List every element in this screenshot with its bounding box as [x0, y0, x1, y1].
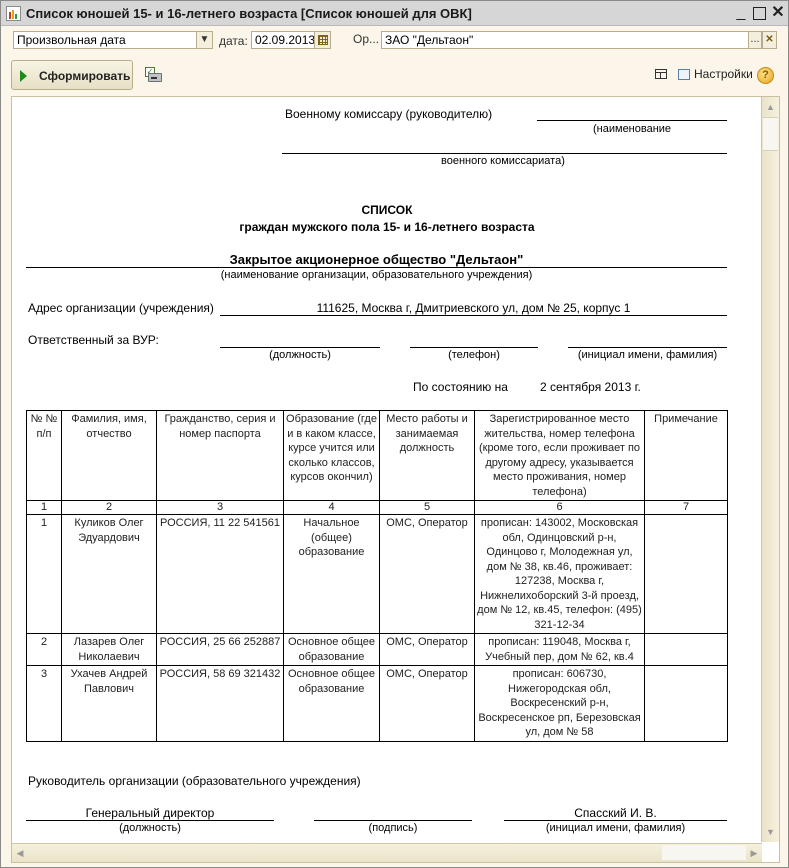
table-row[interactable]: 1 Куликов Олег Эдуардович РОССИЯ, 11 22 …: [27, 515, 728, 634]
vertical-scrollbar[interactable]: ▲ ▼: [761, 97, 779, 842]
col-number: 2: [62, 501, 157, 515]
col-number: 4: [284, 501, 380, 515]
report-document-area[interactable]: Военному комиссару (руководителю) (наиме…: [11, 96, 780, 863]
generate-button-label: Сформировать: [39, 69, 130, 83]
header-work: Место работы и занимаемая должность: [380, 411, 475, 501]
row-passport: РОССИЯ, 25 66 252887: [157, 634, 284, 666]
window-title: Список юношей 15- и 16-летнего возраста …: [26, 6, 472, 21]
position-hint: (должность): [220, 349, 380, 361]
row-note: [645, 666, 728, 742]
row-num: 2: [27, 634, 62, 666]
address-value: 111625, Москва г, Дмитриевского ул, дом …: [220, 301, 727, 315]
row-work: ОМС, Оператор: [380, 666, 475, 742]
row-work: ОМС, Оператор: [380, 634, 475, 666]
phone-hint: (телефон): [410, 349, 538, 361]
header-name: Фамилия, имя, отчество: [62, 411, 157, 501]
commissariat-hint: военного комиссариата): [441, 155, 565, 167]
scroll-down-icon[interactable]: ▼: [762, 822, 779, 842]
row-work: ОМС, Оператор: [380, 515, 475, 634]
document-title: СПИСОК: [12, 203, 762, 217]
head-name-hint: (инициал имени, фамилия): [504, 822, 727, 834]
maximize-button[interactable]: [750, 4, 768, 22]
date-input[interactable]: 02.09.2013: [251, 31, 315, 49]
signature-line: [314, 820, 472, 821]
help-button[interactable]: ?: [757, 67, 774, 84]
row-education: Основное общее образование: [284, 634, 380, 666]
table-row[interactable]: 3 Ухачев Андрей Павлович РОССИЯ, 58 69 3…: [27, 666, 728, 742]
head-name: Спасский И. В.: [504, 806, 727, 820]
responsible-name-line: [568, 347, 727, 348]
date-label: дата:: [219, 34, 248, 48]
generate-button[interactable]: Сформировать: [11, 60, 133, 90]
header-note: Примечание: [645, 411, 728, 501]
head-position-line: [26, 820, 274, 821]
report-document: Военному комиссару (руководителю) (наиме…: [12, 97, 762, 842]
horizontal-scroll-thumb[interactable]: [662, 845, 746, 860]
to-commissar-label: Военному комиссару (руководителю): [285, 107, 492, 121]
organization-name-hint: (наименование организации, образовательн…: [26, 269, 727, 281]
header-passport: Гражданство, серия и номер паспорта: [157, 411, 284, 501]
close-button[interactable]: ✕: [769, 4, 787, 22]
row-address: прописан: 143002, Московская обл, Одинцо…: [475, 515, 645, 634]
header-address: Зарегистрированное место жительства, ном…: [475, 411, 645, 501]
table-view-icon[interactable]: [655, 69, 667, 79]
organization-label: Ор...: [353, 32, 379, 46]
responsible-label: Ответственный за ВУР:: [28, 333, 159, 347]
scroll-up-icon[interactable]: ▲: [762, 97, 779, 117]
organization-clear-button[interactable]: ✕: [762, 31, 777, 49]
calendar-button[interactable]: [314, 31, 331, 49]
row-education: Основное общее образование: [284, 666, 380, 742]
maximize-icon: [753, 7, 766, 20]
minimize-button[interactable]: _: [732, 4, 750, 22]
row-passport: РОССИЯ, 11 22 541561: [157, 515, 284, 634]
table-header-row: № № п/п Фамилия, имя, отчество Гражданст…: [27, 411, 728, 501]
report-window: Список юношей 15- и 16-летнего возраста …: [0, 0, 789, 868]
organization-name: Закрытое акционерное общество "Дельтаон": [26, 252, 727, 267]
address-line: [220, 315, 727, 316]
head-name-line: [504, 820, 727, 821]
signature-hint: (подпись): [314, 822, 472, 834]
commissariat-line: [282, 153, 727, 154]
students-table: № № п/п Фамилия, имя, отчество Гражданст…: [26, 410, 728, 742]
row-name: Ухачев Андрей Павлович: [62, 666, 157, 742]
responsible-phone-line: [410, 347, 538, 348]
period-select[interactable]: Произвольная дата: [13, 31, 197, 49]
document-subtitle: граждан мужского пола 15- и 16-летнего в…: [12, 220, 762, 234]
col-number: 7: [645, 501, 728, 515]
scroll-left-icon[interactable]: ◀: [12, 844, 28, 862]
header-num: № № п/п: [27, 411, 62, 501]
row-num: 1: [27, 515, 62, 634]
col-number: 6: [475, 501, 645, 515]
commissar-line: [537, 120, 727, 121]
row-note: [645, 515, 728, 634]
as-of-label: По состоянию на: [413, 380, 508, 394]
col-number: 3: [157, 501, 284, 515]
organization-line: [26, 267, 727, 268]
row-note: [645, 634, 728, 666]
head-position-hint: (должность): [26, 822, 274, 834]
organization-choose-button[interactable]: ...: [748, 31, 762, 49]
organization-input[interactable]: ЗАО "Дельтаон": [381, 31, 749, 49]
row-name: Куликов Олег Эдуардович: [62, 515, 157, 634]
as-of-value: 2 сентября 2013 г.: [540, 380, 641, 394]
calendar-icon: [318, 35, 328, 45]
row-name: Лазарев Олег Николаевич: [62, 634, 157, 666]
chevron-down-icon: ▼: [200, 34, 210, 45]
row-education: Начальное (общее) образование: [284, 515, 380, 634]
col-number: 5: [380, 501, 475, 515]
scroll-right-icon[interactable]: ▶: [746, 844, 762, 862]
report-icon: [6, 6, 21, 21]
period-dropdown-button[interactable]: ▼: [196, 31, 213, 49]
print-settings-icon[interactable]: ✓: [145, 67, 161, 82]
help-icon: ?: [762, 69, 769, 81]
row-passport: РОССИЯ, 58 69 321432: [157, 666, 284, 742]
responsible-position-line: [220, 347, 380, 348]
naming-hint: (наименование: [593, 123, 671, 135]
settings-list-icon: [678, 69, 690, 80]
horizontal-scrollbar[interactable]: ◀ ▶: [12, 843, 762, 862]
head-position: Генеральный директор: [26, 806, 274, 820]
header-education: Образование (где и в каком классе, курсе…: [284, 411, 380, 501]
row-num: 3: [27, 666, 62, 742]
address-label: Адрес организации (учреждения): [28, 301, 214, 315]
name-hint: (инициал имени, фамилия): [568, 349, 727, 361]
title-bar: Список юношей 15- и 16-летнего возраста …: [1, 1, 788, 26]
vertical-scroll-thumb[interactable]: [763, 117, 778, 151]
col-number: 1: [27, 501, 62, 515]
column-numbers-row: 1 2 3 4 5 6 7: [27, 501, 728, 515]
play-icon: [20, 70, 27, 82]
table-row[interactable]: 2 Лазарев Олег Николаевич РОССИЯ, 25 66 …: [27, 634, 728, 666]
head-label: Руководитель организации (образовательно…: [28, 774, 361, 788]
settings-label: Настройки: [694, 67, 753, 81]
row-address: прописан: 606730, Нижегородская обл, Вос…: [475, 666, 645, 742]
row-address: прописан: 119048, Москва г, Учебный пер,…: [475, 634, 645, 666]
